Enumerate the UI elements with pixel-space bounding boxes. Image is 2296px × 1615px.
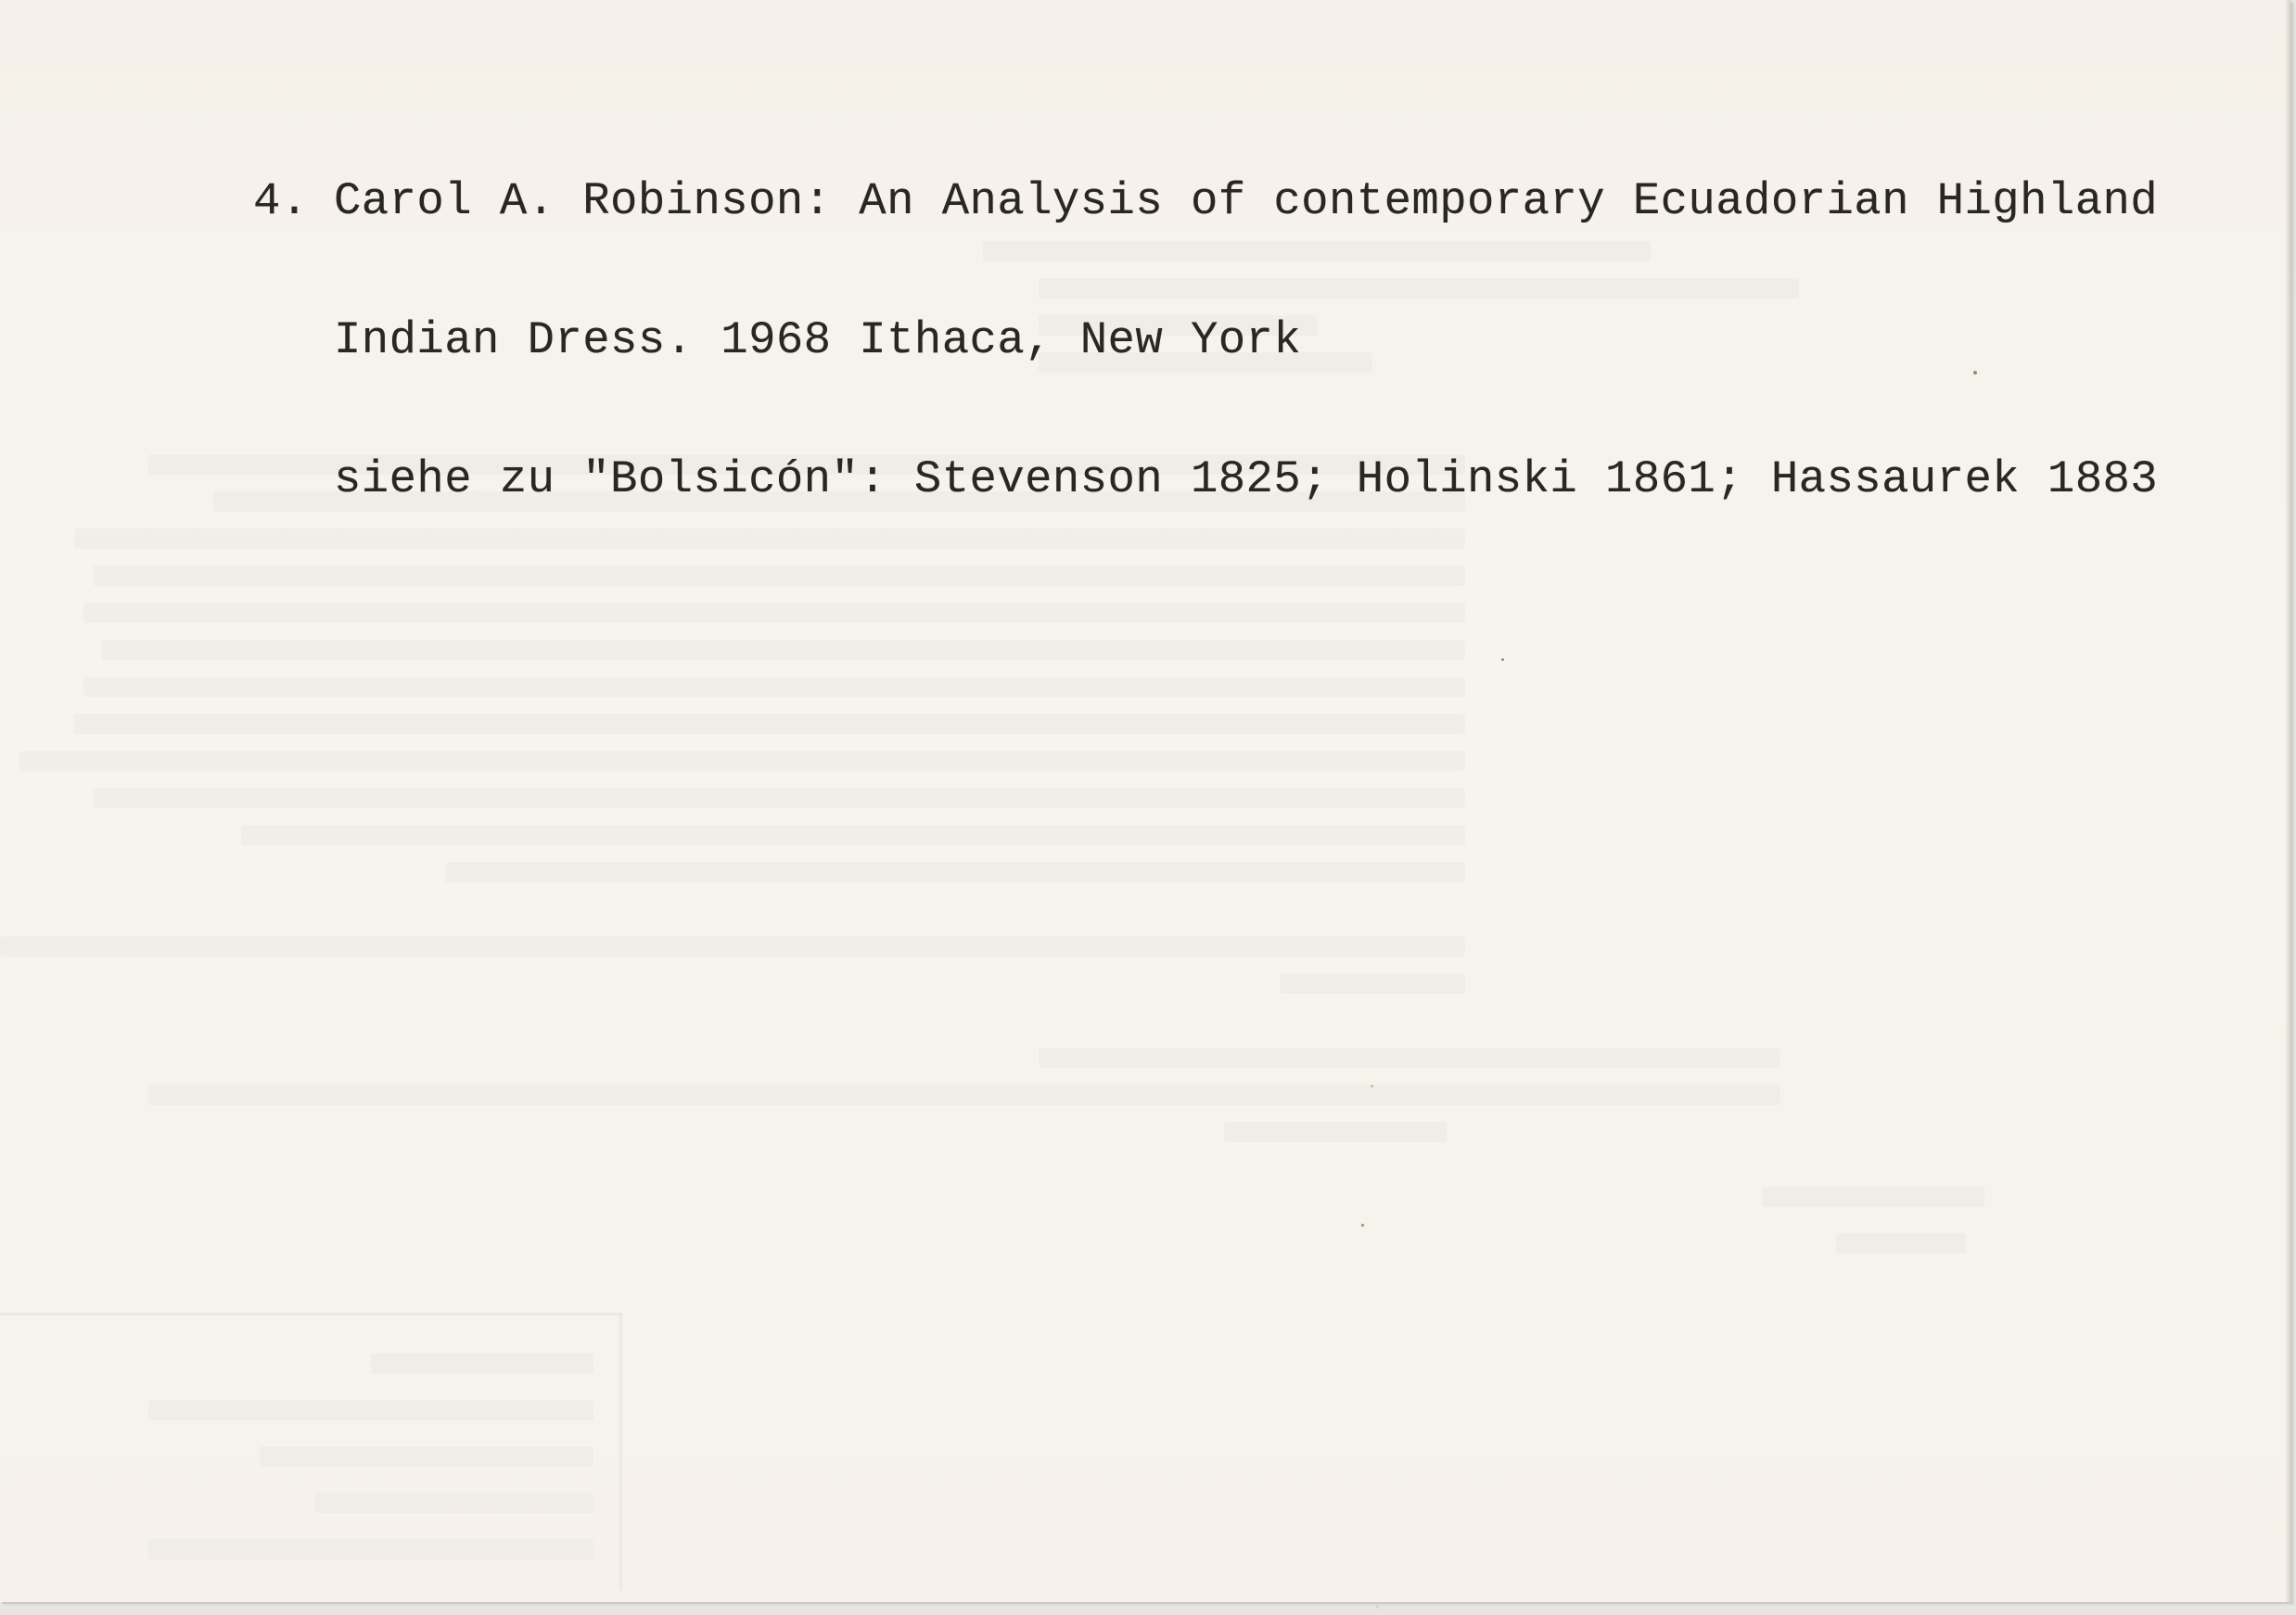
- entry-text-line-2: Indian Dress. 1968 Ithaca, New York: [334, 314, 1301, 366]
- entry-text-line-3: siehe zu "Bolsicón": Stevenson 1825; Hol…: [334, 453, 2158, 505]
- paper-speck: [1501, 658, 1504, 661]
- entry-line-1: 4.Carol A. Robinson: An Analysis of cont…: [253, 178, 2158, 224]
- entry-text-line-1: Carol A. Robinson: An Analysis of contem…: [334, 175, 2158, 227]
- paper-speck: [1361, 1224, 1364, 1227]
- bibliography-entry: 4.Carol A. Robinson: An Analysis of cont…: [253, 85, 2158, 595]
- entry-line-3: siehe zu "Bolsicón": Stevenson 1825; Hol…: [253, 456, 2158, 502]
- paper-speck: [1371, 1085, 1373, 1087]
- entry-number: 4.: [253, 178, 334, 224]
- entry-line-2: Indian Dress. 1968 Ithaca, New York: [253, 317, 2158, 363]
- index-card: 4.Carol A. Robinson: An Analysis of cont…: [0, 0, 2290, 1602]
